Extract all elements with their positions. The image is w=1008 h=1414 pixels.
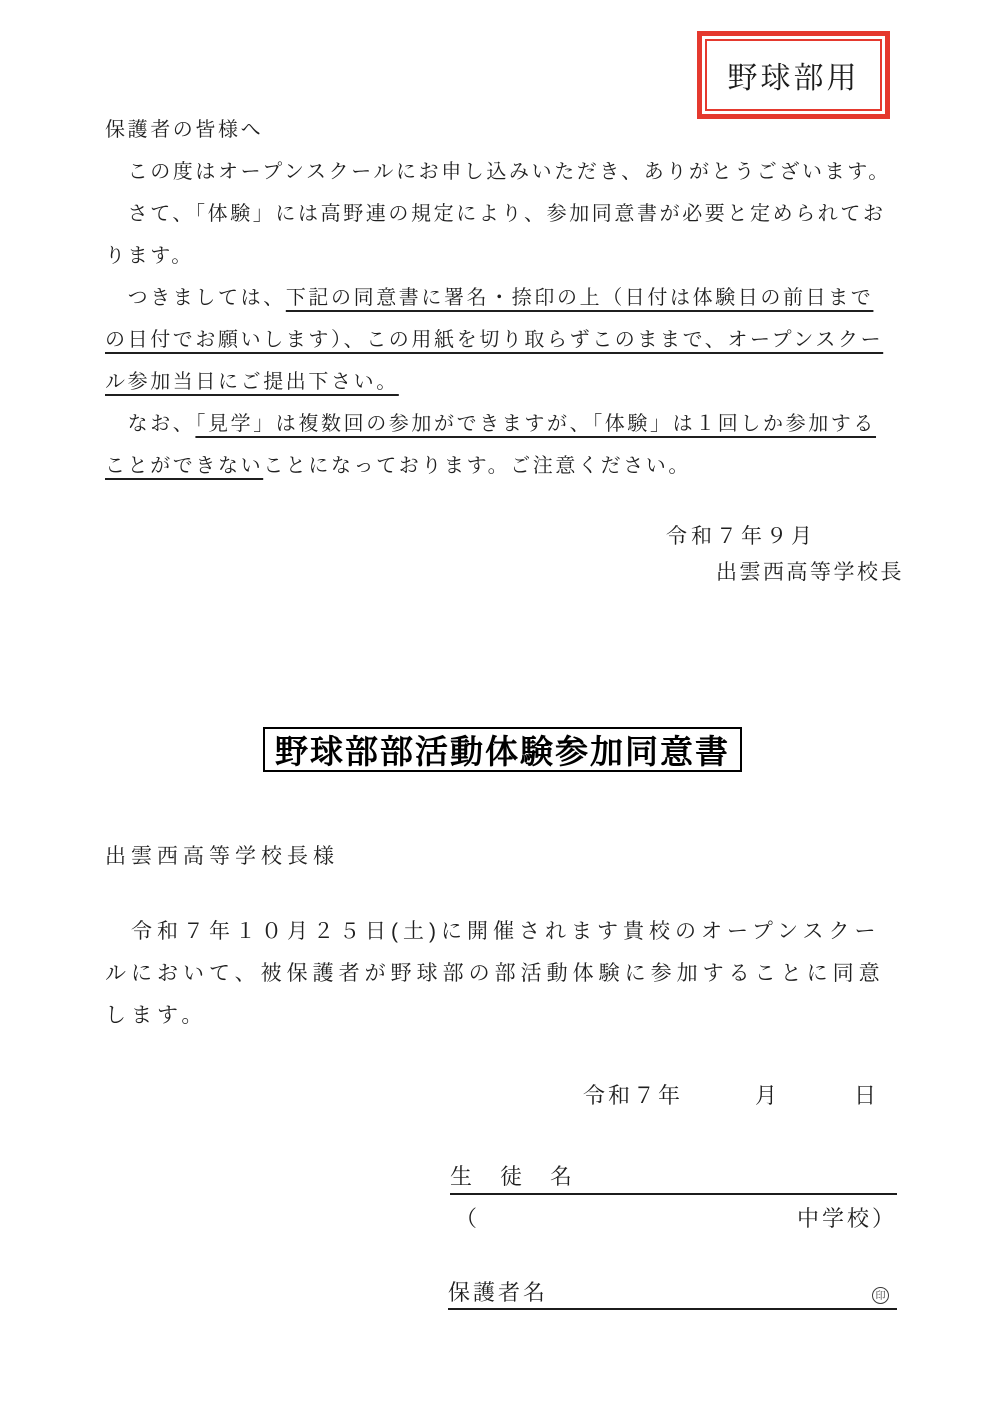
form-title-box: 野球部部活動体験参加同意書 [263, 727, 742, 772]
student-name-label: 生 徒 名 [450, 1164, 575, 1189]
era-year-label: 令和７年 [583, 1083, 683, 1108]
intro-line-4-underlined: 下記の同意書に署名・捺印の上（日付は体験日の前日まで [286, 287, 874, 309]
issuer-name: 出雲西高等学校長 [716, 556, 904, 586]
consent-body-line-1: 令和７年１０月２５日(土)に開催されます貴校のオープンスクー [105, 911, 935, 953]
intro-line-7-plain: なお、 [105, 413, 195, 435]
guardian-name-line: 保護者名 印 [448, 1276, 897, 1310]
paren-open: （ [455, 1202, 480, 1233]
school-line: （ 中学校） [455, 1202, 897, 1233]
intro-line-7: なお、「見学」は複数回の参加ができますが、「体験」は１回しか参加する [105, 403, 935, 445]
intro-section: 保護者の皆様へ この度はオープンスクールにお申し込みいただき、ありがとうございま… [105, 109, 935, 487]
intro-line-8-plain: ことになっております。ご注意ください。 [263, 455, 691, 477]
consent-form-page: 野球部用 保護者の皆様へ この度はオープンスクールにお申し込みいただき、ありがと… [0, 0, 1008, 1414]
intro-line-5: の日付でお願いします）、この用紙を切り取らずこのままで、オープンスクー [105, 319, 935, 361]
school-suffix: 中学校） [797, 1202, 897, 1233]
intro-line-4-plain: つきましては、 [105, 287, 286, 309]
club-stamp-inner-frame: 野球部用 [705, 39, 882, 111]
intro-line-6: ル参加当日にご提出下さい。 [105, 361, 935, 403]
form-title: 野球部部活動体験参加同意書 [275, 726, 730, 773]
intro-line-6-underlined: ル参加当日にご提出下さい。 [105, 371, 399, 393]
intro-line-8: ことができないことになっております。ご注意ください。 [105, 445, 935, 487]
salutation: 保護者の皆様へ [105, 109, 935, 151]
intro-line-5-underlined: の日付でお願いします）、この用紙を切り取らずこのままで、オープンスクー [105, 329, 883, 351]
intro-line-4: つきましては、下記の同意書に署名・捺印の上（日付は体験日の前日まで [105, 277, 935, 319]
fill-in-date-line: 令和７年月日 [583, 1079, 879, 1110]
intro-line-3: ります。 [105, 235, 935, 277]
student-name-line: 生 徒 名 [450, 1160, 897, 1195]
day-label: 日 [854, 1083, 879, 1108]
addressee: 出雲西高等学校長様 [105, 840, 339, 870]
club-stamp-box: 野球部用 [697, 31, 890, 119]
intro-line-7-underlined: 「見学」は複数回の参加ができますが、「体験」は１回しか参加する [195, 413, 876, 435]
issue-date: 令和７年９月 [666, 520, 816, 550]
consent-body-line-3: します。 [105, 995, 935, 1037]
intro-line-2: さて、「体験」には高野連の規定により、参加同意書が必要と定められてお [105, 193, 935, 235]
club-stamp-label: 野球部用 [728, 53, 860, 97]
month-label: 月 [755, 1083, 780, 1108]
consent-body-line-2: ルにおいて、被保護者が野球部の部活動体験に参加することに同意 [105, 953, 935, 995]
guardian-name-label: 保護者名 [448, 1280, 548, 1305]
consent-body: 令和７年１０月２５日(土)に開催されます貴校のオープンスクー ルにおいて、被保護… [105, 911, 935, 1037]
seal-mark: 印 [872, 1287, 889, 1304]
intro-line-1: この度はオープンスクールにお申し込みいただき、ありがとうございます。 [105, 151, 935, 193]
intro-line-8-underlined: ことができない [105, 455, 263, 477]
